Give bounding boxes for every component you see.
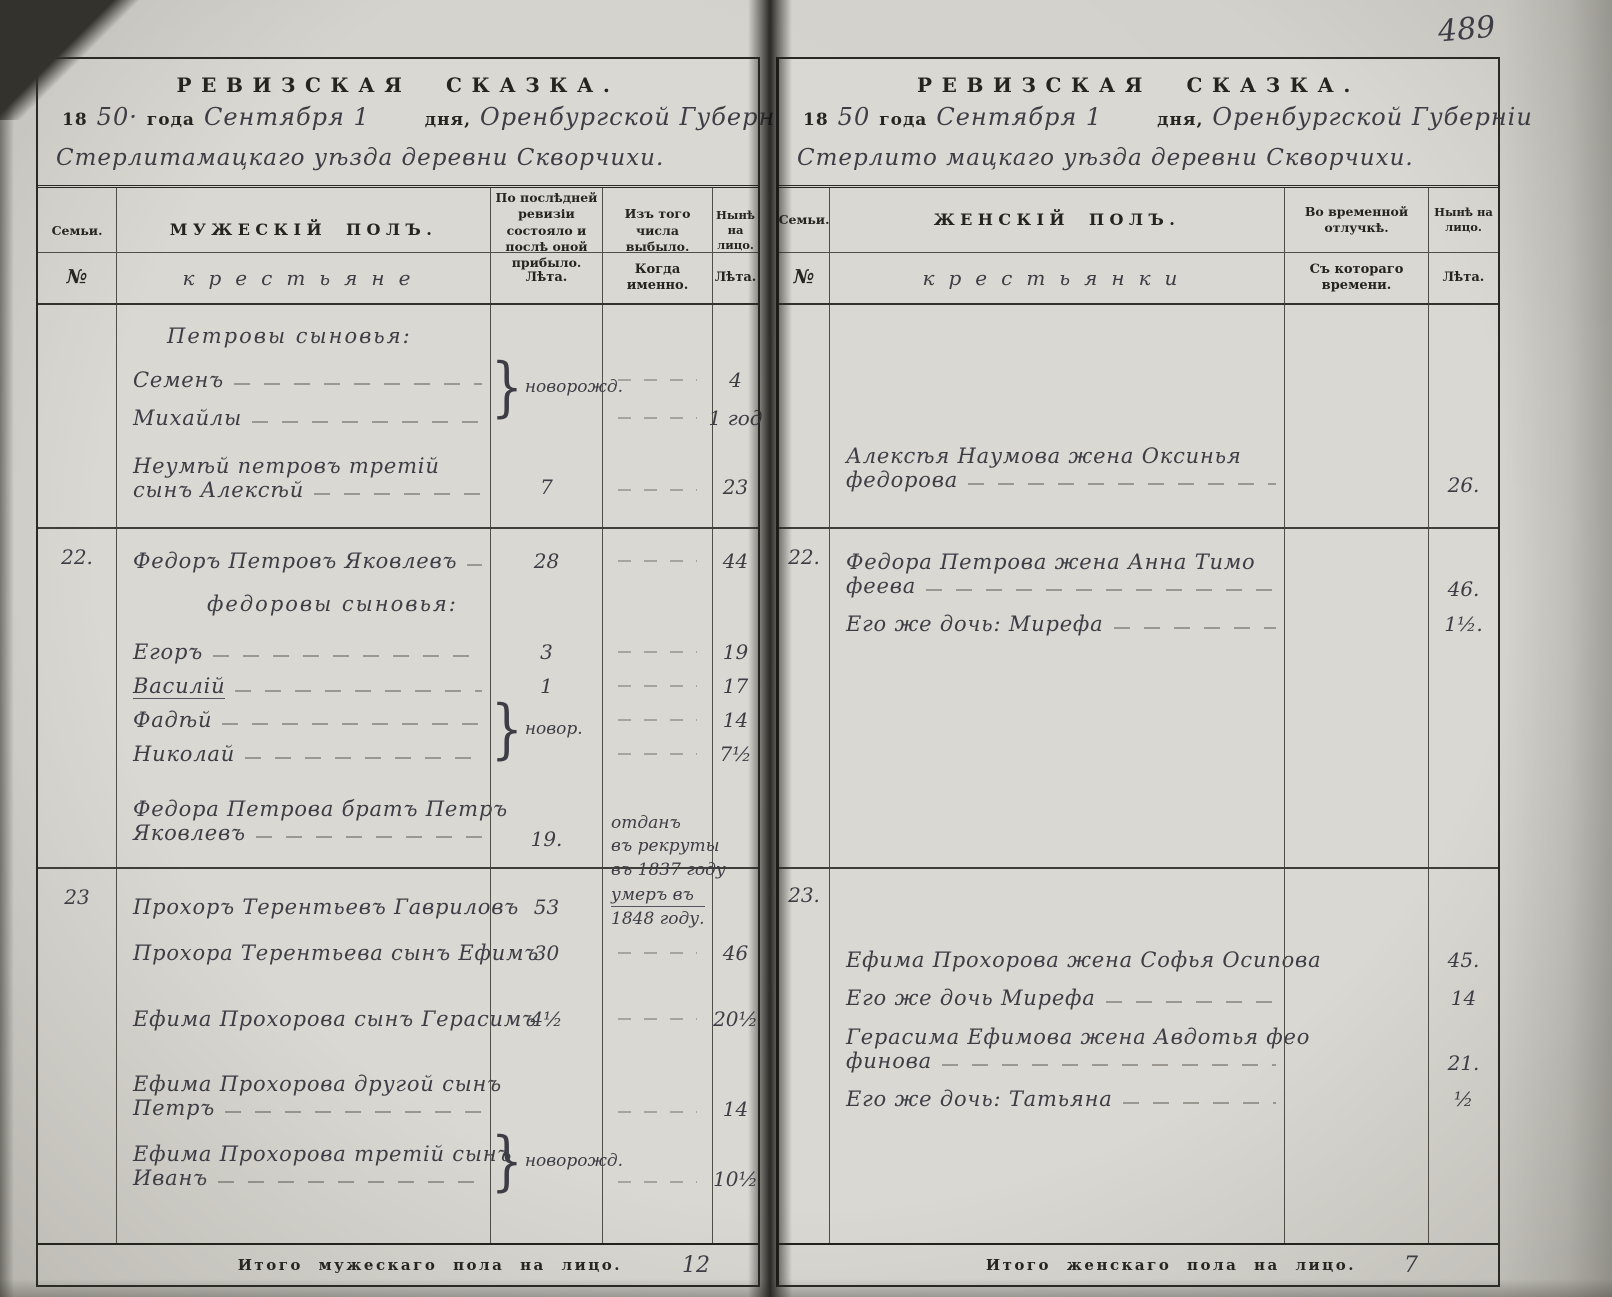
value-cell — [1284, 1081, 1428, 1117]
name-line: Петръ — [117, 1096, 490, 1120]
person-name: Прохора Терентьева сынъ Ефимъ — [133, 941, 539, 965]
person-name: Михайлы — [133, 406, 242, 430]
family-number-cell — [38, 785, 116, 857]
page-number: 489 — [1437, 10, 1497, 50]
name-cell — [116, 351, 490, 361]
scan-left-edge — [0, 0, 14, 1297]
age-value: ½ — [1454, 1087, 1473, 1111]
totals-label: Итого мужескаго пола на лицо. — [238, 1256, 622, 1274]
name-cell: Федора Петрова жена Анна Тимофеева — [829, 541, 1284, 607]
brace-note: }новорожд. — [491, 362, 623, 412]
family-number-cell — [38, 451, 116, 505]
gap-row — [38, 771, 758, 785]
gap-row — [38, 973, 758, 999]
name-line: Фадѣй — [117, 708, 490, 732]
value-cell — [1428, 305, 1498, 433]
name-cell — [116, 529, 490, 541]
value-cell: 21. — [1428, 1017, 1498, 1081]
value-cell — [490, 1039, 602, 1065]
name-cell: Ефима Прохорова сынъ Герасимъ — [116, 999, 490, 1039]
table-row: Прохора Терентьева сынъ Ефимъ3046 — [38, 933, 758, 973]
value-cell — [602, 771, 712, 785]
person-name: Семенъ — [133, 368, 224, 392]
name-line: Ефима Прохорова другой сынъ — [117, 1072, 490, 1096]
age-value: 14 — [723, 1097, 748, 1121]
brace-glyph: } — [491, 355, 523, 420]
family-number: 22. — [788, 545, 820, 569]
name-cell — [829, 869, 1284, 879]
person-name: Его же дочь Мирефа — [846, 986, 1096, 1010]
value-cell — [1284, 433, 1428, 503]
person-name: Иванъ — [133, 1166, 208, 1190]
name-line: Его же дочь Мирефа — [830, 986, 1284, 1010]
name-cell: Николай — [116, 737, 490, 771]
note-text: въ рекруты — [611, 836, 726, 857]
day-word: дня, — [425, 110, 471, 130]
family-number-cell — [38, 1135, 116, 1197]
printed-year-prefix: 18 — [803, 110, 829, 130]
age-value: 26. — [1448, 473, 1480, 497]
table-row: Василій117 — [38, 669, 758, 703]
name-cell: Его же дочь: Мирефа — [829, 607, 1284, 641]
value-cell: 26. — [1428, 433, 1498, 503]
gap-row — [779, 907, 1498, 941]
left-page: РЕВИЗСКАЯ СКАЗКА. 18 50· года Сентября 1… — [36, 57, 760, 1287]
name-line: Алексѣя Наумова жена Оксинья — [830, 444, 1284, 468]
value-cell — [490, 973, 602, 999]
name-cell: Прохора Терентьева сынъ Ефимъ — [116, 933, 490, 973]
age-value: 28 — [534, 549, 559, 573]
person-name: Алексѣя Наумова жена Оксинья — [846, 444, 1242, 468]
dash-line — [467, 564, 482, 566]
name-line: Прохора Терентьева сынъ Ефимъ — [117, 941, 490, 965]
family-number-cell — [38, 1065, 116, 1127]
dash-line — [926, 589, 1276, 591]
gap-row — [779, 503, 1498, 527]
name-cell — [829, 907, 1284, 941]
age-value: 3 — [540, 640, 553, 664]
person-name: Егоръ — [133, 640, 203, 664]
name-cell — [116, 437, 490, 451]
name-cell — [116, 869, 490, 881]
handwritten-province: Оренбургской Губерніи — [1212, 103, 1532, 131]
age-value: 45. — [1448, 948, 1480, 972]
scanned-census-document: 489 РЕВИЗСКАЯ СКАЗКА. 18 50· года Сентяб… — [0, 0, 1612, 1297]
name-cell — [116, 581, 490, 589]
book-gutter-shadow — [748, 0, 792, 1297]
family-number-cell — [38, 1127, 116, 1135]
value-cell — [602, 451, 712, 505]
name-line: Иванъ — [117, 1166, 490, 1190]
column-subheader: крестьяне — [116, 253, 490, 303]
value-cell — [490, 581, 602, 589]
value-cell: 53 — [490, 881, 602, 933]
age-value: 7½ — [719, 742, 751, 766]
age-value: 14 — [1451, 986, 1476, 1010]
name-cell — [829, 529, 1284, 541]
person-name: Федоръ Петровъ Яковлевъ — [133, 549, 457, 573]
table-row: Неумѣй петровъ третійсынъ Алексѣй723 — [38, 451, 758, 505]
value-cell: 14 — [1428, 979, 1498, 1017]
dash-line — [1114, 627, 1277, 629]
family-number-cell — [38, 857, 116, 867]
table-row: Ефима Прохорова третій сынъИванъ}новорож… — [38, 1135, 758, 1197]
person-name: Петръ — [133, 1096, 215, 1120]
family-number: 23. — [788, 883, 820, 907]
name-line: Семенъ — [117, 368, 490, 392]
dash-line — [235, 690, 482, 692]
gap-row — [38, 351, 758, 361]
note-text: умеръ въ — [611, 885, 705, 907]
value-cell — [602, 669, 712, 703]
family-number-cell: 23 — [38, 881, 116, 933]
value-cell: 19. — [490, 785, 602, 857]
name-cell: Фадѣй — [116, 703, 490, 737]
family-number-cell — [38, 505, 116, 527]
table-row: Егоръ319 — [38, 635, 758, 669]
name-line: феева — [830, 574, 1284, 598]
value-cell — [602, 619, 712, 635]
age-value: 7 — [540, 475, 553, 499]
name-cell — [829, 305, 1284, 433]
place-line: Стерлито мацкаго уѣзда деревни Скворчихи… — [779, 141, 1498, 179]
value-cell — [1428, 907, 1498, 941]
year-word: года — [147, 110, 195, 130]
age-value: 1½. — [1444, 612, 1482, 636]
name-line: сынъ Алексѣй — [117, 478, 490, 502]
value-cell: 45. — [1428, 941, 1498, 979]
name-line: Его же дочь: Татьяна — [830, 1087, 1284, 1111]
value-cell — [602, 999, 712, 1039]
value-cell — [602, 933, 712, 973]
dash-line — [222, 723, 482, 725]
column-header: Во временной отлучкѣ. — [1284, 188, 1428, 252]
gap-row — [38, 619, 758, 635]
gap-row — [38, 305, 758, 321]
value-cell — [490, 437, 602, 451]
value-cell: }новор. — [490, 703, 602, 737]
table-subheader-row: №крестьянеЛѣта.Когда именно.Лѣта. — [38, 252, 758, 303]
value-cell — [1428, 529, 1498, 541]
note-text: отданъ — [611, 813, 726, 834]
value-cell: 3 — [490, 635, 602, 669]
value-cell: умеръ въ1848 году. — [602, 881, 712, 933]
place-line: Стерлитамацкаго уѣзда деревни Скворчихи. — [38, 141, 758, 179]
table-row: Ефима Прохорова другой сынъПетръ14 — [38, 1065, 758, 1127]
value-cell — [602, 703, 712, 737]
value-cell — [490, 529, 602, 541]
family-number-cell — [38, 1039, 116, 1065]
table-row: Николай7½ — [38, 737, 758, 771]
value-cell — [602, 581, 712, 589]
value-cell: }новорожд. — [490, 361, 602, 399]
family-number-cell — [38, 635, 116, 669]
age-value: 46. — [1448, 577, 1480, 601]
value-cell: 7 — [490, 451, 602, 505]
name-line: Ефима Прохорова сынъ Герасимъ — [117, 1007, 490, 1031]
name-cell — [116, 1197, 490, 1243]
family-number-cell: 22. — [38, 541, 116, 581]
table-row: 22.Федоръ Петровъ Яковлевъ2844 — [38, 541, 758, 581]
census-table-female: Семьи.ЖЕНСКІЙ ПОЛЪ.Во временной отлучкѣ.… — [779, 185, 1498, 1245]
dash-line — [234, 383, 482, 385]
table-row: Его же дочь: Мирефа1½. — [779, 607, 1498, 641]
name-cell: Ефима Прохорова другой сынъПетръ — [116, 1065, 490, 1127]
column-subheader: Лѣта. — [490, 253, 602, 303]
value-cell: 28 — [490, 541, 602, 581]
name-cell: Его же дочь Мирефа — [829, 979, 1284, 1017]
name-cell: Семенъ — [116, 361, 490, 399]
person-name: Яковлевъ — [133, 821, 246, 845]
value-cell — [602, 1039, 712, 1065]
name-cell: Василій — [116, 669, 490, 703]
value-cell — [1284, 1117, 1428, 1243]
value-cell — [602, 589, 712, 619]
family-number-cell — [38, 737, 116, 771]
family-number-cell — [38, 771, 116, 785]
name-cell — [829, 1117, 1284, 1243]
value-cell — [602, 1065, 712, 1127]
table-row: 23. — [779, 879, 1498, 907]
table-row: Его же дочь: Татьяна½ — [779, 1081, 1498, 1117]
value-cell — [602, 541, 712, 581]
name-cell: Неумѣй петровъ третійсынъ Алексѣй — [116, 451, 490, 505]
value-cell — [1284, 879, 1428, 907]
value-cell — [602, 351, 712, 361]
family-number-cell — [38, 869, 116, 881]
brace-note: }новор. — [491, 704, 583, 754]
age-value: 1 — [540, 674, 553, 698]
value-cell: отданъвъ рекрутывъ 1837 году — [602, 785, 712, 857]
age-value: 30 — [534, 941, 559, 965]
value-cell — [490, 589, 602, 619]
table-row: Ефима Прохорова жена Софья Осипова45. — [779, 941, 1498, 979]
age-value: 4 — [729, 368, 742, 392]
subhead-row: федоровы сыновья: — [38, 589, 758, 619]
age-value: 4½ — [530, 1007, 562, 1031]
name-line: Егоръ — [117, 640, 490, 664]
column-header: Нынѣ на лицо. — [1428, 188, 1498, 252]
gap-row — [38, 1127, 758, 1135]
value-cell — [1284, 607, 1428, 641]
family-number: 22. — [61, 545, 93, 569]
value-cell: ½ — [1428, 1081, 1498, 1117]
table-row: Ефима Прохорова сынъ Герасимъ4½20½ — [38, 999, 758, 1039]
name-line: Николай — [117, 742, 490, 766]
value-cell — [1284, 541, 1428, 607]
family-number-cell — [38, 1197, 116, 1243]
age-value: 53 — [534, 895, 559, 919]
value-cell — [1284, 305, 1428, 433]
person-name: феева — [846, 574, 916, 598]
name-line: Федора Петрова братъ Петръ — [117, 797, 490, 821]
person-name: Его же дочь: Татьяна — [846, 1087, 1113, 1111]
family-number-cell — [38, 589, 116, 619]
handwritten-year: 50 — [838, 103, 871, 131]
value-cell — [1428, 503, 1498, 527]
value-cell: }новорожд. — [490, 1135, 602, 1197]
name-cell — [116, 857, 490, 867]
value-cell — [1428, 1117, 1498, 1243]
value-cell — [1284, 641, 1428, 867]
name-cell: Федоръ Петровъ Яковлевъ — [116, 541, 490, 581]
value-cell — [490, 869, 602, 881]
name-cell: Егоръ — [116, 635, 490, 669]
table-body: Петровы сыновья:Семенъ}новорожд.4Михайлы… — [38, 303, 758, 1243]
subheading: федоровы сыновья: — [207, 592, 490, 616]
scan-bottom-edge — [0, 1279, 1612, 1297]
date-line: 18 50 года Сентября 1 дня, Оренбургской … — [779, 101, 1498, 141]
dash-line — [1123, 1102, 1276, 1104]
name-cell — [116, 1127, 490, 1135]
brace-glyph: } — [491, 1129, 523, 1194]
age-value: 21. — [1448, 1051, 1480, 1075]
brace-note: }новорожд. — [491, 1136, 623, 1186]
name-cell: Ефима Прохорова жена Софья Осипова — [829, 941, 1284, 979]
value-cell — [490, 857, 602, 867]
name-cell: Михайлы — [116, 399, 490, 437]
subhead-row: Петровы сыновья: — [38, 321, 758, 351]
age-value: 14 — [723, 708, 748, 732]
gap-row — [38, 581, 758, 589]
age-value: 44 — [723, 549, 748, 573]
value-cell: 46. — [1428, 541, 1498, 607]
person-name: Ефима Прохорова третій сынъ — [133, 1142, 512, 1166]
value-cell — [602, 505, 712, 527]
value-cell — [1284, 941, 1428, 979]
name-line: федорова — [830, 468, 1284, 492]
value-cell — [490, 619, 602, 635]
value-cell — [1284, 1017, 1428, 1081]
dash-line — [256, 836, 482, 838]
name-cell: Петровы сыновья: — [116, 321, 490, 351]
name-cell — [116, 619, 490, 635]
person-name: Неумѣй петровъ третій — [133, 454, 440, 478]
value-cell: 1½. — [1428, 607, 1498, 641]
family-number-cell — [38, 399, 116, 437]
dash-line — [252, 421, 482, 423]
gap-row — [38, 1197, 758, 1243]
family-number-cell — [38, 703, 116, 737]
family-number-cell — [38, 529, 116, 541]
name-line: Михайлы — [117, 406, 490, 430]
gap-row — [779, 869, 1498, 879]
gap-row — [38, 1039, 758, 1065]
age-value: 46 — [723, 941, 748, 965]
person-name: Николай — [133, 742, 235, 766]
value-cell — [1284, 907, 1428, 941]
name-line: Федоръ Петровъ Яковлевъ — [117, 549, 490, 573]
scan-right-edge — [1502, 0, 1612, 1297]
name-line: Ефима Прохорова жена Софья Осипова — [830, 948, 1284, 972]
age-value: 19. — [531, 827, 563, 851]
gap-row — [38, 505, 758, 527]
name-cell: Прохоръ Терентьевъ Гавриловъ — [116, 881, 490, 933]
gap-row — [779, 1117, 1498, 1243]
totals-value: 12 — [682, 1253, 752, 1278]
name-cell — [829, 641, 1284, 867]
dash-line — [245, 757, 482, 759]
person-name: федорова — [846, 468, 958, 492]
name-cell: федоровы сыновья: — [116, 589, 490, 619]
scan-corner-artifact — [0, 0, 150, 120]
person-name: Ефима Прохорова другой сынъ — [133, 1072, 502, 1096]
value-cell — [1284, 869, 1428, 879]
family-number-cell — [38, 999, 116, 1039]
family-number-cell — [38, 305, 116, 321]
name-cell — [116, 771, 490, 785]
value-cell — [490, 305, 602, 321]
value-cell — [602, 321, 712, 351]
family-number-cell — [38, 351, 116, 361]
value-cell — [1428, 641, 1498, 867]
age-value: 19 — [723, 640, 748, 664]
value-cell — [1284, 529, 1428, 541]
person-name: Ефима Прохорова сынъ Герасимъ — [133, 1007, 537, 1031]
year-word: года — [879, 110, 927, 130]
family-number-cell — [38, 581, 116, 589]
table-body: Алексѣя Наумова жена Оксиньяфедорова26.2… — [779, 303, 1498, 1243]
person-name: Фадѣй — [133, 708, 212, 732]
handwritten-date: Сентября 1 — [204, 103, 370, 131]
value-cell — [1428, 879, 1498, 907]
value-cell — [490, 1197, 602, 1243]
value-cell — [1284, 979, 1428, 1017]
table-row: Его же дочь Мирефа14 — [779, 979, 1498, 1017]
person-name: Василій — [133, 674, 225, 699]
name-line: Неумѣй петровъ третій — [117, 454, 490, 478]
value-cell: 4½ — [490, 999, 602, 1039]
name-line: Его же дочь: Мирефа — [830, 612, 1284, 636]
gap-row — [779, 305, 1498, 433]
name-line: Герасима Ефимова жена Авдотья фео — [830, 1025, 1284, 1049]
person-name: Федора Петрова жена Анна Тимо — [846, 550, 1256, 574]
page-title: РЕВИЗСКАЯ СКАЗКА. — [787, 73, 1490, 97]
name-cell: Федора Петрова братъ ПетръЯковлевъ — [116, 785, 490, 857]
table-header-row: Семьи.ЖЕНСКІЙ ПОЛЪ.Во временной отлучкѣ.… — [779, 188, 1498, 252]
name-cell: Герасима Ефимова жена Авдотья феофинова — [829, 1017, 1284, 1081]
totals-label: Итого женскаго пола на лицо. — [986, 1256, 1356, 1274]
table-row: Семенъ}новорожд.4 — [38, 361, 758, 399]
name-cell — [116, 973, 490, 999]
name-line: Василій — [117, 674, 490, 699]
value-cell — [602, 635, 712, 669]
family-number-cell — [38, 973, 116, 999]
name-cell — [829, 503, 1284, 527]
totals-value: 7 — [1404, 1253, 1492, 1278]
value-cell — [490, 771, 602, 785]
dash-line — [225, 1111, 482, 1113]
value-cell — [602, 1197, 712, 1243]
gap-row — [779, 529, 1498, 541]
note-text: новорожд. — [525, 1151, 623, 1171]
dash-line — [1106, 1001, 1276, 1003]
brace-glyph: } — [491, 697, 523, 762]
note-text: новорожд. — [525, 377, 623, 397]
value-cell — [602, 973, 712, 999]
family-number: 23 — [64, 885, 89, 909]
table-row: Федора Петрова братъ ПетръЯковлевъ19.отд… — [38, 785, 758, 857]
margin-note: отданъвъ рекрутывъ 1837 году — [611, 813, 726, 881]
value-cell — [602, 529, 712, 541]
name-line: Федора Петрова жена Анна Тимо — [830, 550, 1284, 574]
value-cell — [1428, 869, 1498, 879]
person-name: финова — [846, 1049, 932, 1073]
name-line: Ефима Прохорова третій сынъ — [117, 1142, 490, 1166]
subheading: Петровы сыновья: — [167, 324, 490, 348]
note-text: новор. — [525, 719, 583, 739]
column-subheader: крестьянки — [829, 253, 1284, 303]
